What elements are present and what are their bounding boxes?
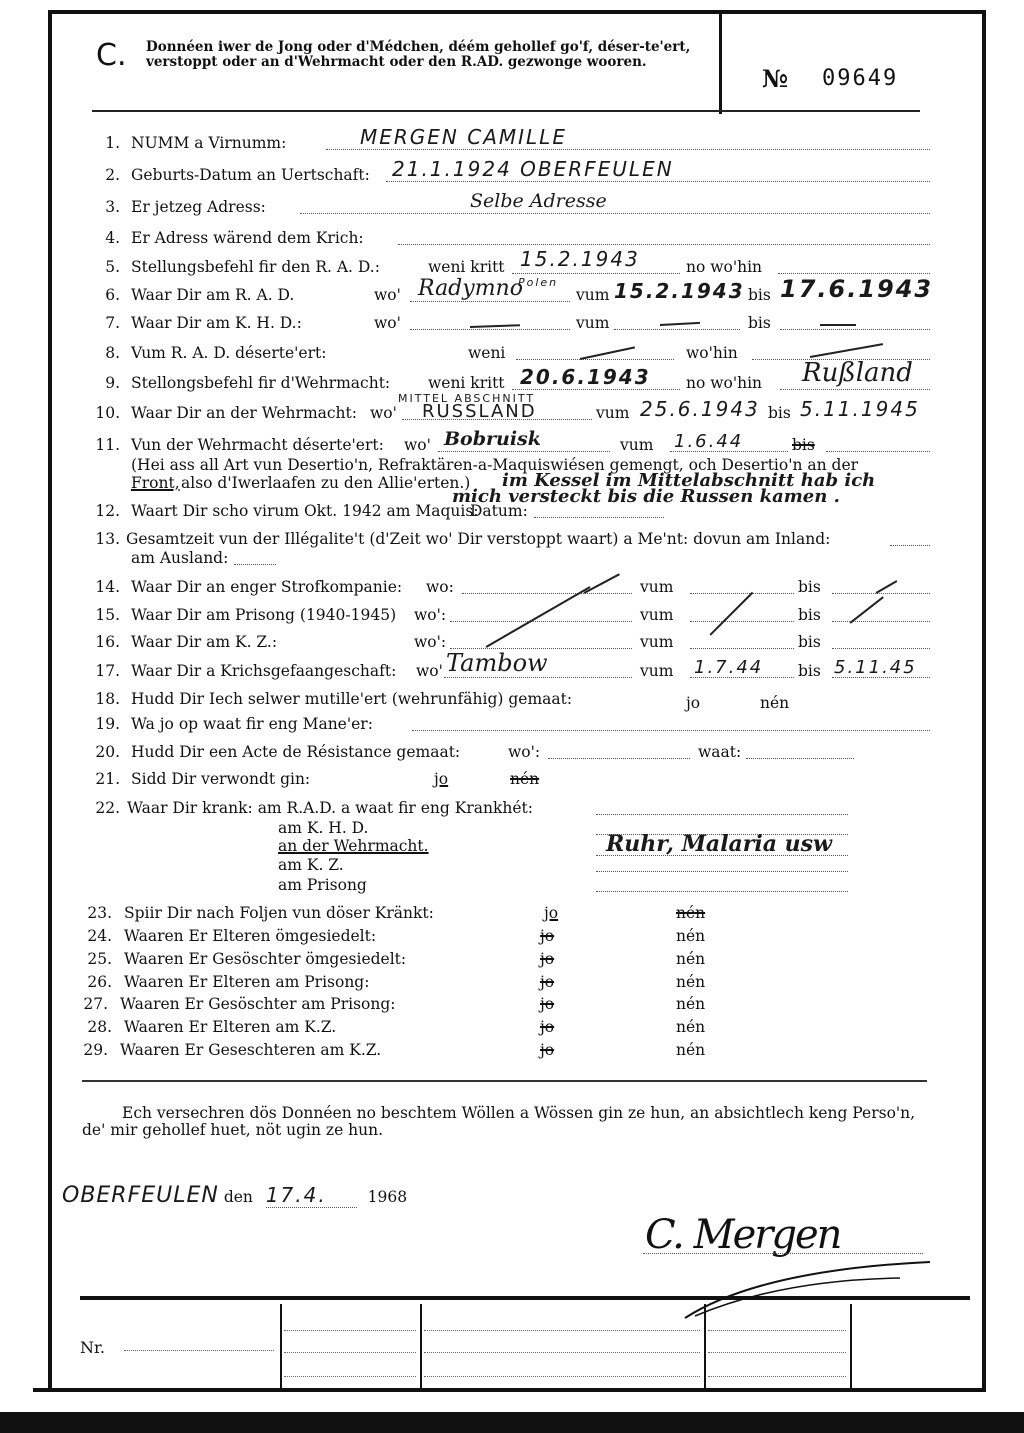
signing-place: OBERFEULEN <box>62 1183 219 1208</box>
wehrmacht-place: RUSSLAND <box>422 403 537 421</box>
khd-from-field[interactable] <box>614 329 740 330</box>
registry-cell[interactable] <box>708 1376 846 1377</box>
handwritten-note-2: mich versteckt bis die Russen kamen . <box>452 488 840 506</box>
siblings-resettled-no[interactable]: nén <box>676 950 705 968</box>
item-3-label: Er jetzeg Adress: <box>131 198 266 216</box>
address-field[interactable] <box>300 213 930 214</box>
siblings-kz-no[interactable]: nén <box>676 1041 705 1059</box>
desert-from: 1.6.44 <box>674 433 743 451</box>
pow-place: Tambow <box>446 654 548 672</box>
registry-cell[interactable] <box>708 1352 846 1353</box>
inland-field[interactable] <box>890 545 930 546</box>
parents-prison-no[interactable]: nén <box>676 973 705 991</box>
wounded-yes[interactable]: jo <box>434 770 448 788</box>
section-divider <box>82 1080 927 1082</box>
registry-cell[interactable] <box>708 1330 846 1331</box>
after-effects-no[interactable]: nén <box>676 904 705 922</box>
abroad-field[interactable] <box>234 564 276 565</box>
self-mutilation-yes[interactable]: jo <box>686 694 700 712</box>
item-1-label: NUMM a Virnumm: <box>131 134 286 152</box>
manner-field[interactable] <box>412 730 930 731</box>
table-divider <box>420 1304 422 1392</box>
pow-place-field[interactable] <box>444 677 632 678</box>
signing-year: 1968 <box>368 1188 407 1206</box>
desert-place-field[interactable] <box>438 451 610 452</box>
rad-place-note: Polen <box>518 274 558 292</box>
rad-desert-date-field[interactable] <box>516 359 674 360</box>
number-sign: № <box>762 64 788 93</box>
parents-resettled-no[interactable]: nén <box>676 927 705 945</box>
siblings-prison-no[interactable]: nén <box>676 995 705 1013</box>
prison-from-field[interactable] <box>690 621 794 622</box>
address-value: Selbe Adresse <box>470 192 607 210</box>
wounded-no[interactable]: nén <box>510 770 539 788</box>
penal-company-from-field[interactable] <box>690 593 794 594</box>
birth-value: 21.1.1924 OBERFEULEN <box>392 160 674 178</box>
parents-kz-yes[interactable]: jo <box>540 1018 554 1036</box>
table-divider <box>704 1304 706 1392</box>
form-number: 09649 <box>822 66 898 91</box>
rad-order-dest-field[interactable] <box>778 273 930 274</box>
registry-cell[interactable] <box>284 1352 416 1353</box>
dash-mark <box>820 324 856 326</box>
nr-label: Nr. <box>80 1338 105 1357</box>
rad-place: Radymno <box>418 280 523 298</box>
header-rule <box>92 110 920 112</box>
after-effects-yes[interactable]: jo <box>544 904 558 922</box>
siblings-kz-yes[interactable]: jo <box>540 1041 554 1059</box>
registry-cell[interactable] <box>424 1330 700 1331</box>
self-mutilation-no[interactable]: nén <box>760 694 789 712</box>
registry-cell[interactable] <box>424 1352 700 1353</box>
illness-kz-field[interactable] <box>596 871 848 872</box>
table-divider <box>850 1304 852 1392</box>
illness-rad-field[interactable] <box>596 814 848 815</box>
section-title: Donnéen iwer de Jong oder d'Médchen, déé… <box>146 40 706 70</box>
parents-kz-no[interactable]: nén <box>676 1018 705 1036</box>
penal-company-place-field[interactable] <box>462 593 632 594</box>
item-4-label: Er Adress wärend dem Krich: <box>131 229 364 247</box>
name-value: MERGEN CAMILLE <box>360 128 567 146</box>
pow-to: 5.11.45 <box>834 659 917 677</box>
registry-table: Nr. <box>80 1296 970 1392</box>
rad-to: 17.6.1943 <box>780 280 933 298</box>
rad-from: 15.2.1943 <box>614 282 745 300</box>
section-letter: C. <box>96 38 126 73</box>
rad-place-field[interactable] <box>410 301 570 302</box>
place-date-line: OBERFEULEN den 17.4. 1968 <box>62 1183 407 1208</box>
wehrmacht-order-dest: Rußland <box>802 364 913 382</box>
nr-field[interactable] <box>124 1350 274 1351</box>
prison-to-field[interactable] <box>832 621 930 622</box>
wehrmacht-from: 25.6.1943 <box>640 400 760 418</box>
rad-order-date: 15.2.1943 <box>520 250 640 268</box>
desert-place: Bobruisk <box>444 430 541 448</box>
signing-date: 17.4. <box>266 1183 357 1208</box>
khd-place-field[interactable] <box>410 329 570 330</box>
wehrmacht-order-dest-field[interactable] <box>780 389 930 390</box>
kz-from-field[interactable] <box>690 648 794 649</box>
header-divider <box>719 10 722 114</box>
resistance-what-field[interactable] <box>746 758 854 759</box>
wehrmacht-order-date: 20.6.1943 <box>520 368 651 386</box>
prison-place-field[interactable] <box>450 621 632 622</box>
item-2-label: Geburts-Datum an Uertschaft: <box>131 166 370 184</box>
registry-cell[interactable] <box>284 1376 416 1377</box>
siblings-prison-yes[interactable]: jo <box>540 995 554 1013</box>
parents-resettled-yes[interactable]: jo <box>540 927 554 945</box>
registry-cell[interactable] <box>284 1330 416 1331</box>
declaration-text: Ech versechren dös Donnéen no beschtem W… <box>82 1105 927 1139</box>
scan-edge <box>0 1412 1024 1433</box>
kz-to-field[interactable] <box>832 648 930 649</box>
resistance-place-field[interactable] <box>548 758 690 759</box>
siblings-resettled-yes[interactable]: jo <box>540 950 554 968</box>
birth-field[interactable] <box>386 181 930 182</box>
khd-to-field[interactable] <box>780 329 930 330</box>
parents-prison-yes[interactable]: jo <box>540 973 554 991</box>
wehrmacht-to: 5.11.1945 <box>800 400 920 418</box>
illness-wehrmacht: Ruhr, Malaria usw <box>606 835 832 853</box>
pow-from: 1.7.44 <box>694 659 763 677</box>
table-divider <box>280 1304 282 1392</box>
name-field[interactable] <box>326 149 930 150</box>
penal-company-to-field[interactable] <box>832 593 930 594</box>
wehrmacht-order-date-field[interactable] <box>512 389 680 390</box>
maquis-date-field[interactable] <box>534 517 664 518</box>
registry-cell[interactable] <box>424 1376 700 1377</box>
desert-to-field[interactable] <box>826 451 930 452</box>
illness-prison-field[interactable] <box>596 891 848 892</box>
war-address-field[interactable] <box>398 244 930 245</box>
